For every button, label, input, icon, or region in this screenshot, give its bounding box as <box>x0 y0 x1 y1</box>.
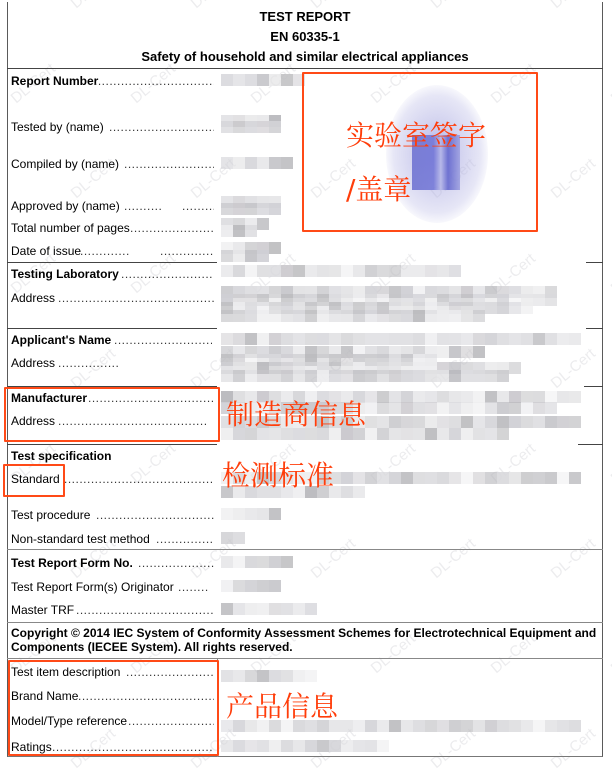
leader-dots: ........................................… <box>124 157 214 171</box>
label-date-of-issue: Date of issue <box>11 244 81 258</box>
redacted-value <box>221 265 461 277</box>
leader-dots: .............. <box>160 244 214 258</box>
leader-dots: ........................................… <box>121 267 214 281</box>
separator <box>7 444 217 445</box>
leader-dots: ........................................… <box>130 221 214 235</box>
label-tested-by: Tested by (name) <box>11 120 104 134</box>
separator <box>7 68 603 69</box>
separator <box>7 549 603 550</box>
report-standard: EN 60335-1 <box>7 29 603 44</box>
redacted-value <box>221 310 485 322</box>
leader-dots: ............................... <box>138 556 214 570</box>
redacted-value <box>221 532 245 544</box>
label-trf-no: Test Report Form No. <box>11 556 133 570</box>
label-total-pages: Total number of pages <box>11 221 130 235</box>
watermark-text: DL-Cert <box>608 60 612 107</box>
leader-dots: ........................................… <box>58 291 214 305</box>
separator <box>7 328 217 329</box>
annotation-box-lab-signature <box>302 72 538 232</box>
redacted-value <box>221 740 389 752</box>
leader-dots: ........................................… <box>64 472 214 486</box>
leader-dots: ........................................… <box>96 508 214 522</box>
label-trf-originator: Test Report Form(s) Originator <box>11 580 174 594</box>
redacted-value <box>221 74 305 86</box>
redacted-value <box>221 603 317 615</box>
label-applicant-name: Applicant's Name <box>11 333 111 347</box>
leader-dots: .................... <box>156 532 214 546</box>
leader-dots: .......... <box>182 199 214 213</box>
annotation-box-manufacturer <box>4 387 220 442</box>
redacted-value <box>221 508 281 520</box>
watermark-text: DL-Cert <box>608 440 612 487</box>
label-approved-by: Approved by (name) <box>11 199 120 213</box>
leader-dots: ........................................… <box>109 120 214 134</box>
redacted-value <box>221 370 509 382</box>
annotation-manufacturer-info: 制造商信息 <box>226 399 366 431</box>
redacted-value <box>221 580 281 592</box>
label-test-specification: Test specification <box>11 449 111 463</box>
redacted-value <box>221 250 269 262</box>
separator <box>7 658 603 659</box>
label-applicant-address: Address <box>11 356 55 370</box>
redacted-value <box>221 556 293 568</box>
leader-dots: ......... <box>178 580 208 594</box>
separator <box>586 328 603 329</box>
watermark-text: DL-Cert <box>608 250 612 297</box>
watermark-text: DL-Cert <box>608 630 612 677</box>
leader-dots: ........................................… <box>76 603 214 617</box>
annotation-box-product <box>8 660 219 756</box>
redacted-value <box>221 157 293 169</box>
separator <box>7 622 603 623</box>
separator <box>586 262 603 263</box>
separator <box>584 386 603 387</box>
redacted-value <box>221 225 257 237</box>
annotation-lab-signature: 实验室签字 <box>346 120 486 152</box>
label-testing-laboratory: Testing Laboratory <box>11 267 119 281</box>
annotation-box-standard <box>3 464 65 497</box>
label-master-trf: Master TRF <box>11 603 74 617</box>
redacted-value <box>221 203 281 215</box>
label-compiled-by: Compiled by (name) <box>11 157 119 171</box>
label-lab-address: Address <box>11 291 55 305</box>
annotation-test-standard: 检测标准 <box>222 460 334 492</box>
report-subtitle: Safety of household and similar electric… <box>7 49 603 64</box>
redacted-value <box>221 121 281 133</box>
copyright-notice: Copyright © 2014 IEC System of Conformit… <box>11 626 601 654</box>
separator <box>7 262 217 263</box>
separator <box>578 444 603 445</box>
leader-dots: .............. <box>80 244 130 258</box>
redacted-value <box>221 670 317 682</box>
leader-dots: ........... <box>124 199 162 213</box>
annotation-lab-stamp: /盖章 <box>346 174 411 206</box>
label-test-procedure: Test procedure <box>11 508 90 522</box>
redacted-value <box>221 333 581 345</box>
label-non-standard-method: Non-standard test method <box>11 532 150 546</box>
leader-dots: ..................... <box>58 356 118 370</box>
label-report-number: Report Number <box>11 74 98 88</box>
leader-dots: ........................................… <box>114 333 212 347</box>
leader-dots: ........................................… <box>94 74 214 88</box>
test-report-page: DL-CertDL-CertDL-CertDL-CertDL-CertDL-Ce… <box>0 0 612 771</box>
annotation-product-info: 产品信息 <box>226 691 338 723</box>
report-title: TEST REPORT <box>7 9 603 24</box>
